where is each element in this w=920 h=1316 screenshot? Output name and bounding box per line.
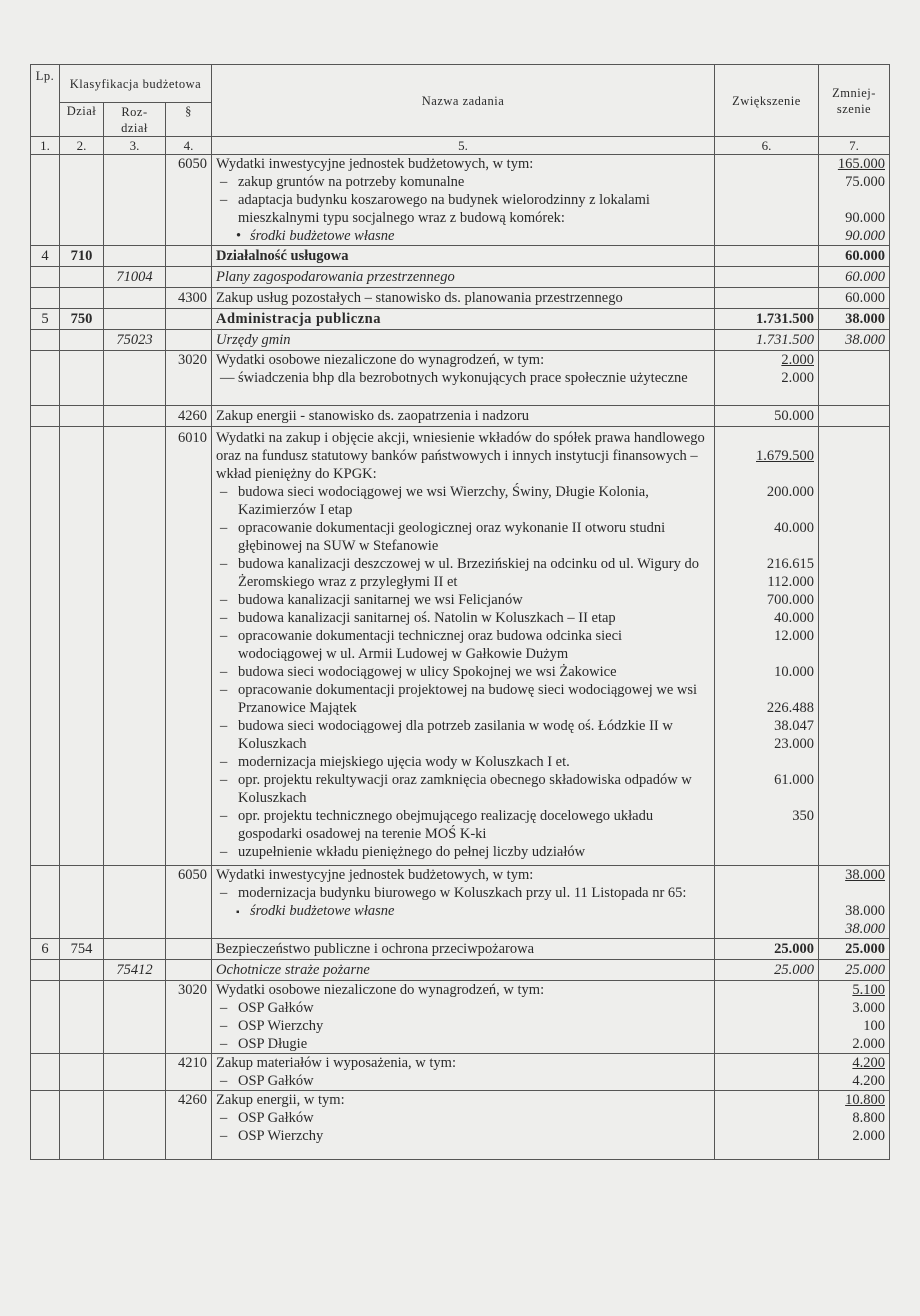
table-row-dzial-750: 5 750 Administracja publiczna 1.731.500 … bbox=[31, 309, 890, 330]
col-num-3: 3. bbox=[104, 137, 166, 155]
table-row: 3020 Wydatki osobowe niezaliczone do wyn… bbox=[31, 351, 890, 406]
table-row-rozdzial-75412: 75412 Ochotnicze straże pożarne 25.000 2… bbox=[31, 960, 890, 981]
col-num-4: 4. bbox=[166, 137, 212, 155]
header-nazwa: Nazwa zadania bbox=[212, 65, 715, 137]
header-rozdzial: Roz-dział bbox=[104, 103, 166, 137]
budget-changes-table: Lp. Klasyfikacja budżetowa Nazwa zadania… bbox=[30, 64, 890, 1160]
col-num-1: 1. bbox=[31, 137, 60, 155]
header-lp: Lp. bbox=[31, 65, 60, 137]
table-row-rozdzial-71004: 71004 Plany zagospodarowania przestrzenn… bbox=[31, 267, 890, 288]
table-row-6010: 6010 Wydatki na zakup i objęcie akcji, w… bbox=[31, 427, 890, 866]
budget-document-page: Lp. Klasyfikacja budżetowa Nazwa zadania… bbox=[30, 64, 889, 1160]
header-zwiekszenie: Zwiększenie bbox=[715, 65, 819, 137]
col-num-2: 2. bbox=[60, 137, 104, 155]
table-row: 6050 Wydatki inwestycyjne jednostek budż… bbox=[31, 866, 890, 939]
col-num-7: 7. bbox=[819, 137, 890, 155]
table-row: 4260 Zakup energii - stanowisko ds. zaop… bbox=[31, 406, 890, 427]
table-row-dzial-754: 6 754 Bezpieczeństwo publiczne i ochrona… bbox=[31, 939, 890, 960]
table-row-dzial-710: 4 710 Działalność usługowa 60.000 bbox=[31, 246, 890, 267]
header-dzial: Dział bbox=[60, 103, 104, 137]
col-num-6: 6. bbox=[715, 137, 819, 155]
table-row: 4210 Zakup materiałów i wyposażenia, w t… bbox=[31, 1054, 890, 1091]
decrease-values: 165.000 75.000 90.000 90.000 bbox=[819, 155, 890, 246]
col-num-5: 5. bbox=[212, 137, 715, 155]
header-zmniejszenie: Zmniej-szenie bbox=[819, 65, 890, 137]
table-row: 6050 Wydatki inwestycyjne jednostek budż… bbox=[31, 155, 890, 246]
table-row: 3020 Wydatki osobowe niezaliczone do wyn… bbox=[31, 981, 890, 1054]
task-name: Wydatki inwestycyjne jednostek budżetowy… bbox=[212, 155, 715, 246]
table-row-rozdzial-75023: 75023 Urzędy gmin 1.731.500 38.000 bbox=[31, 330, 890, 351]
header-paragraf: § bbox=[166, 103, 212, 137]
paragraf-code: 6050 bbox=[166, 155, 212, 246]
table-row: 4300 Zakup usług pozostałych – stanowisk… bbox=[31, 288, 890, 309]
column-number-row: 1. 2. 3. 4. 5. 6. 7. bbox=[31, 137, 890, 155]
table-row: 4260 Zakup energii, w tym: OSP Gałków OS… bbox=[31, 1091, 890, 1160]
header-klasyfikacja: Klasyfikacja budżetowa bbox=[60, 65, 212, 103]
